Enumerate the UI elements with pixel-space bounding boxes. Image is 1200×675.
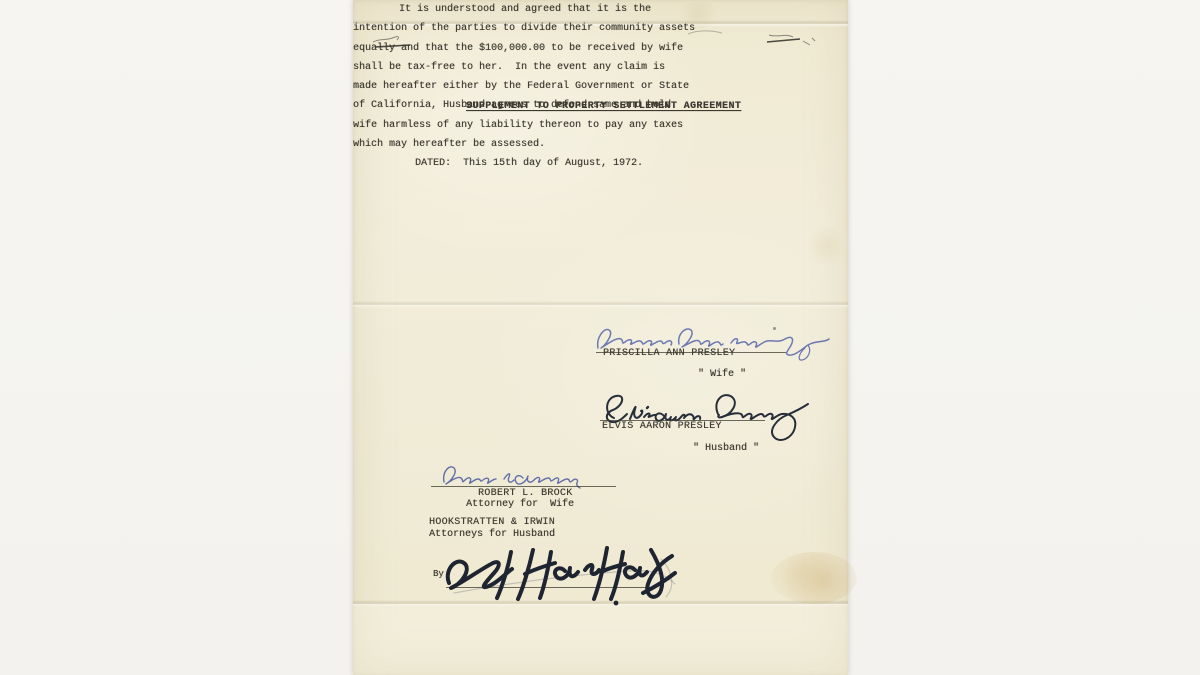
wife-role-label: " Wife " xyxy=(698,369,746,380)
body-line: shall be tax-free to her. In the event a… xyxy=(353,58,738,77)
paper-stain xyxy=(805,226,849,266)
husband-attorneys-role-label: Attorneys for Husband xyxy=(429,529,555,540)
fold-panel-bottom xyxy=(353,606,848,675)
husband-attorney-signature xyxy=(439,541,679,607)
body-line: equally and that the $100,000.00 to be r… xyxy=(353,39,738,58)
dated-line: DATED: This 15th day of August, 1972. xyxy=(353,154,738,173)
document-body: It is understood and agreed that it is t… xyxy=(353,0,738,174)
scan-background: SUPPLEMENT TO PROPERTY SETTLEMENT AGREEM… xyxy=(0,0,1200,675)
husband-typed-name: ELVIS AARON PRESLEY xyxy=(602,421,722,432)
wife-typed-name: PRISCILLA ANN PRESLEY xyxy=(603,348,735,359)
body-line: intention of the parties to divide their… xyxy=(353,19,738,38)
wife-attorney-signature-line xyxy=(431,486,616,487)
fold-crease-middle xyxy=(353,301,848,308)
elvis-presley-signature xyxy=(596,388,814,450)
document-page: SUPPLEMENT TO PROPERTY SETTLEMENT AGREEM… xyxy=(353,0,848,675)
wife-attorney-typed-name: ROBERT L. BROCK xyxy=(478,488,573,499)
body-line: made hereafter either by the Federal Gov… xyxy=(353,77,738,96)
body-line: of California, Husband agrees to defend … xyxy=(353,96,738,115)
paper-stain xyxy=(771,552,857,604)
pencil-mark-top-right xyxy=(765,28,817,52)
body-line: which may hereafter be assessed. xyxy=(353,135,738,154)
husband-role-label: " Husband " xyxy=(693,443,759,454)
body-line: wife harmless of any liability thereon t… xyxy=(353,116,738,135)
husband-attorneys-firm-name: HOOKSTRATTEN & IRWIN xyxy=(429,517,555,528)
wife-attorney-role-label: Attorney for Wife xyxy=(466,499,574,510)
body-line: It is understood and agreed that it is t… xyxy=(353,0,738,19)
